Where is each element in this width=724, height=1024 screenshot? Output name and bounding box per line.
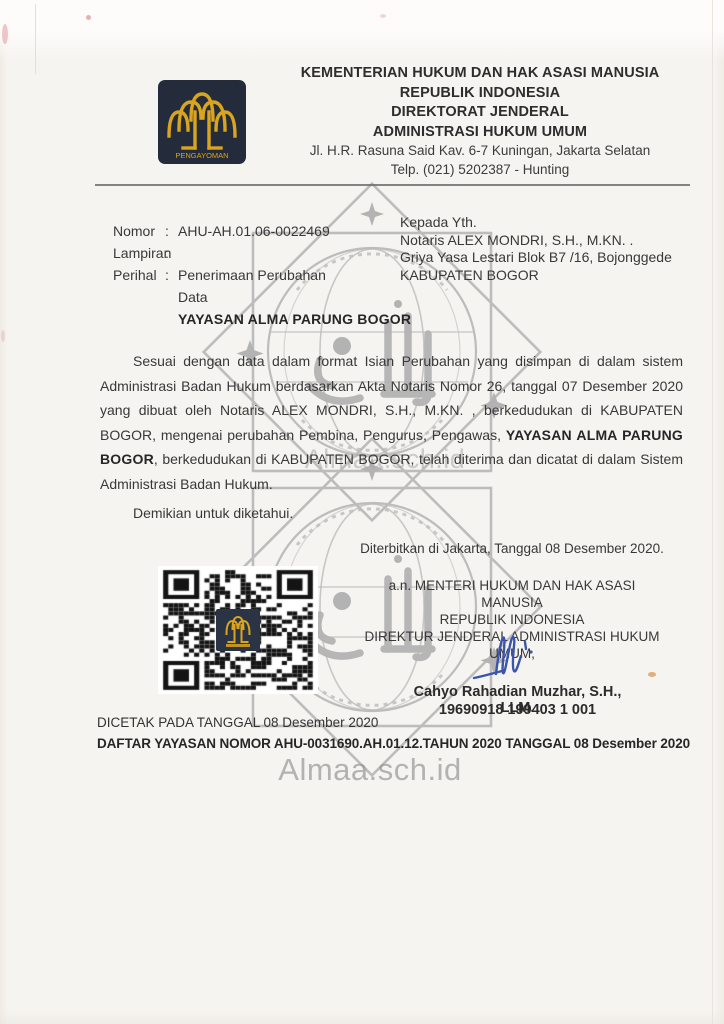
scan-artifact (2, 24, 8, 44)
scan-artifact (35, 4, 36, 74)
on-behalf-line: a.n. MENTERI HUKUM DAN HAK ASASI MANUSIA (356, 577, 668, 611)
administration-name: ADMINISTRASI HUKUM UMUM (262, 123, 698, 143)
issued-line: Diterbitkan di Jakarta, Tanggal 08 Desem… (356, 540, 668, 557)
recipient-name: Notaris ALEX MONDRI, S.H., M.KN. . (400, 232, 672, 249)
lampiran-value (175, 242, 178, 264)
pengayoman-label: PENGAYOMAN (175, 151, 228, 160)
signature-ink (468, 626, 554, 690)
closing-line: Demikian untuk diketahui. (100, 501, 683, 525)
recipient-block: Kepada Yth. Notaris ALEX MONDRI, S.H., M… (400, 214, 672, 284)
almaa-text-watermark-large: Almaa.sch.id (170, 752, 570, 788)
body-paragraph: Sesuai dengan data dalam format Isian Pe… (100, 349, 683, 496)
letterhead: KEMENTERIAN HUKUM DAN HAK ASASI MANUSIA … (262, 64, 698, 179)
nomor-value: AHU-AH.01.06-0022469 (175, 220, 330, 242)
reference-block: Nomor : AHU-AH.01.06-0022469 Lampiran : … (113, 220, 411, 330)
perihal-value: Penerimaan Perubahan Data YAYASAN ALMA P… (175, 264, 411, 330)
header-divider (95, 184, 690, 186)
recipient-city: KABUPATEN BOGOR (400, 267, 672, 284)
printed-date-line: DICETAK PADA TANGGAL 08 Desember 2020 (97, 715, 378, 730)
nomor-row: Nomor : AHU-AH.01.06-0022469 (113, 220, 411, 242)
office-phone: Telp. (021) 5202387 - Hunting (262, 161, 698, 180)
recipient-salutation: Kepada Yth. (400, 214, 672, 231)
republic-name: REPUBLIK INDONESIA (262, 84, 698, 104)
ministry-name: KEMENTERIAN HUKUM DAN HAK ASASI MANUSIA (262, 64, 698, 84)
directorate-name: DIREKTORAT JENDERAL (262, 103, 698, 123)
register-number-line: DAFTAR YAYASAN NOMOR AHU-0031690.AH.01.1… (97, 736, 690, 751)
perihal-row: Perihal : Penerimaan Perubahan Data YAYA… (113, 264, 411, 330)
scan-artifact (380, 14, 386, 18)
lampiran-row: Lampiran : (113, 242, 411, 264)
scan-artifact (648, 672, 656, 677)
perihal-label: Perihal (113, 264, 165, 330)
signer-nip: 19690918 199403 1 001 (395, 702, 640, 718)
qr-center-logo (215, 609, 261, 651)
scan-artifact (1, 330, 5, 342)
recipient-address: Griya Yasa Lestari Blok B7 /16, Bojongge… (400, 249, 672, 266)
subject-name: YAYASAN ALMA PARUNG BOGOR (178, 308, 411, 330)
scan-artifact (712, 0, 713, 1024)
ministry-logo: PENGAYOMAN (158, 80, 246, 164)
letter-body: Sesuai dengan data dalam format Isian Pe… (100, 349, 683, 525)
office-address: Jl. H.R. Rasuna Said Kav. 6-7 Kuningan, … (262, 142, 698, 161)
nomor-label: Nomor (113, 220, 165, 242)
scan-artifact (86, 15, 91, 20)
lampiran-label: Lampiran (113, 242, 165, 264)
scanned-letter-page: { "header": { "logo_label": "PENGAYOMAN"… (0, 0, 724, 1024)
